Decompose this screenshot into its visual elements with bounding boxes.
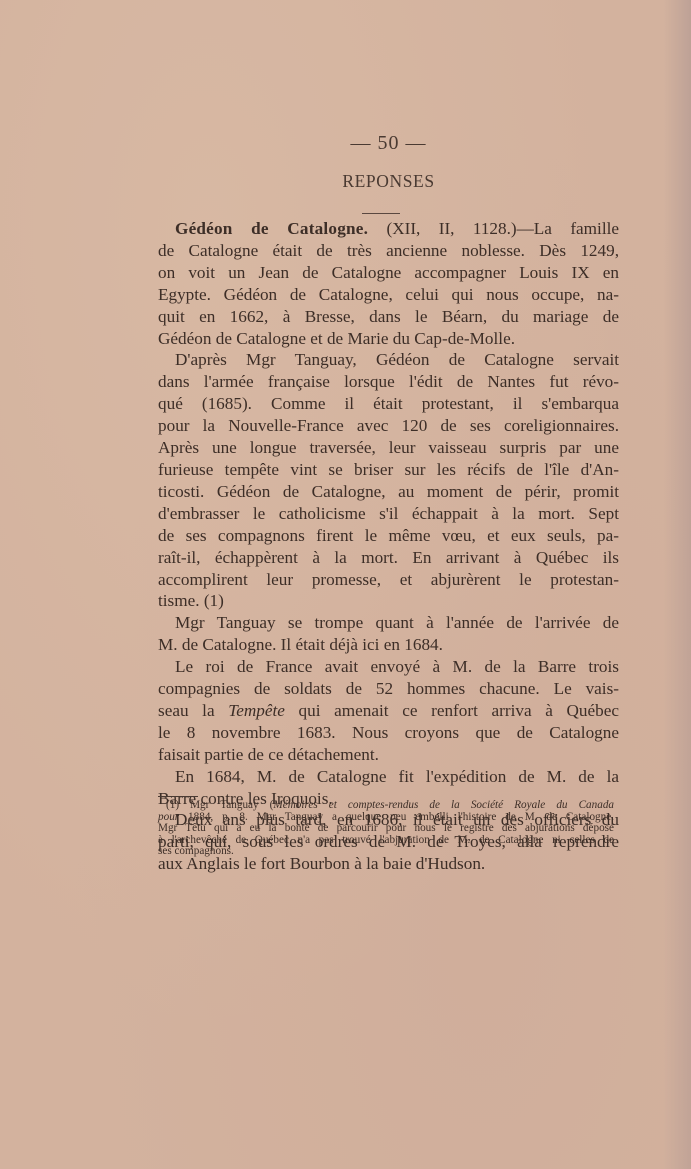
text-line: quit en 1662, à Bresse, dans le Béarn, d… (141, 306, 619, 328)
text-line: D'après Mgr Tanguay, Gédéon de Catalogne… (158, 349, 619, 371)
text-line: seau la Tempête qui amenait ce renfort a… (141, 700, 619, 722)
text-line: pour la Nouvelle-France avec 120 de ses … (141, 415, 619, 437)
text-line: Après une longue traversée, leur vaissea… (141, 437, 619, 459)
text-line: compagnies de soldats de 52 hommes chacu… (141, 678, 619, 700)
footnote-reference: tisme. (1) (141, 590, 619, 612)
text-line: d'embrasser le catholicisme s'il échappa… (141, 503, 619, 525)
text-line: dans l'armée française lorsque l'édit de… (141, 371, 619, 393)
entry-heading: Gédéon de Catalogne. (175, 219, 368, 238)
paragraph-soldiers: Le roi de France avait envoyé à M. de la… (158, 656, 619, 766)
title-divider (362, 213, 400, 214)
section-title: REPONSES (158, 171, 619, 192)
text-line: M. de Catalogne. Il était déjà ici en 16… (141, 634, 619, 656)
footnote-divider (158, 796, 198, 797)
text-line: faisait partie de ce détachement. (141, 744, 619, 766)
text-line: Egypte. Gédéon de Catalogne, celui qui n… (141, 284, 619, 306)
text-line: furieuse tempête vint se briser sur les … (141, 459, 619, 481)
text-line: accomplirent leur promesse, et abjurèren… (141, 569, 619, 591)
text-line: on voit un Jean de Catalogne accompagner… (141, 262, 619, 284)
text-line: Mgr Tanguay se trompe quant à l'année de… (158, 612, 619, 634)
body-text: Gédéon de Catalogne. (XII, II, 1128.)—La… (158, 218, 619, 875)
text-line: de Catalogne était de très ancienne nobl… (141, 240, 619, 262)
text-line: de ses compagnons firent le même vœu, et… (141, 525, 619, 547)
text-line: le 8 novembre 1683. Nous croyons que de … (141, 722, 619, 744)
text-line: qué (1685). Comme il était protestant, i… (141, 393, 619, 415)
footnote: (1) Mgr Tanguay (Mémoires et comptes-ren… (158, 800, 614, 858)
text-line: ticosti. Gédéon de Catalogne, au moment … (141, 481, 619, 503)
page-number: — 50 — (158, 132, 619, 155)
paragraph-tanguay-account: D'après Mgr Tanguay, Gédéon de Catalogne… (158, 349, 619, 612)
text-line: raît-il, échappèrent à la mort. En arriv… (141, 547, 619, 569)
paragraph-arrival-correction: Mgr Tanguay se trompe quant à l'année de… (158, 612, 619, 656)
paragraph-gedeon-intro: Gédéon de Catalogne. (XII, II, 1128.)—La… (158, 218, 619, 349)
text-line: Gédéon de Catalogne. (XII, II, 1128.)—La… (158, 218, 619, 240)
footnote-line: ses compagnons. (158, 846, 614, 858)
text-line: Gédéon de Catalogne et de Marie du Cap-d… (141, 328, 619, 350)
text-line: En 1684, M. de Catalogne fit l'expéditio… (158, 766, 619, 788)
text-line: Le roi de France avait envoyé à M. de la… (158, 656, 619, 678)
publication-title: Mémoires et comptes-rendus de la Société… (273, 799, 614, 811)
ship-name: Tempête (228, 701, 285, 720)
